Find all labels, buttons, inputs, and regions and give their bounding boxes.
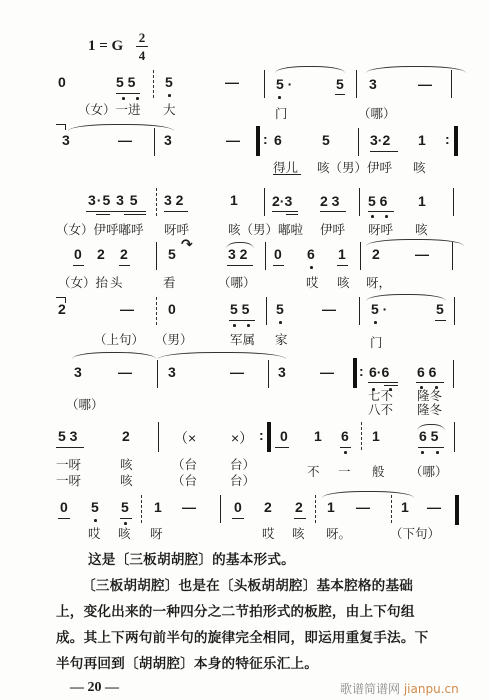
repeat-end-barline	[267, 422, 271, 452]
note: 2	[295, 499, 303, 515]
note: 6 6	[417, 364, 436, 380]
barline	[391, 495, 392, 523]
lyric: 门	[370, 333, 383, 351]
note: 3	[278, 364, 286, 380]
time-signature-numerator: 2	[136, 30, 148, 46]
low-dot	[371, 215, 374, 218]
note: 0	[274, 246, 282, 262]
lyric: （女）伊呼嘟呼	[56, 220, 144, 238]
note: —	[356, 499, 370, 515]
key-signature: 1 = G	[88, 38, 123, 55]
low-dot	[233, 324, 236, 327]
lyric: 哎	[262, 524, 275, 542]
repeat-colon: :	[445, 131, 450, 147]
lyric: （哪）	[358, 104, 396, 122]
low-dot	[374, 321, 377, 324]
note: —	[118, 364, 132, 380]
lyric: 伊呼	[320, 220, 345, 238]
barline	[359, 297, 360, 325]
lyric: （男）	[155, 330, 193, 348]
note: —	[322, 301, 336, 317]
note: 1	[230, 192, 238, 208]
note: 5	[336, 76, 344, 92]
underline	[96, 214, 110, 215]
tie	[275, 66, 345, 73]
final-barline	[455, 495, 459, 525]
note: —	[427, 499, 441, 515]
note: 6	[307, 246, 315, 262]
note: 5 5	[230, 301, 249, 317]
note: 6	[341, 428, 349, 444]
lyric: 般	[372, 462, 385, 480]
note: 1	[338, 246, 346, 262]
barline	[360, 242, 361, 270]
underline	[368, 382, 398, 383]
note: 3 2	[164, 192, 183, 208]
paragraph-line: 上，变化出来的一种四分之二节拍形式的板腔，由上下句组	[56, 600, 415, 620]
note: 1	[418, 132, 426, 148]
underline	[116, 93, 140, 94]
underline	[124, 214, 146, 215]
note: 1	[401, 499, 409, 515]
underline	[73, 265, 84, 266]
note: 2	[264, 499, 272, 515]
note: 3 2	[228, 246, 247, 262]
underline	[56, 447, 84, 448]
paragraph-line: 成。其上下两句前半句的旋律完全相同，即运用重复手法。下	[56, 626, 428, 646]
note: —	[320, 364, 334, 380]
low-dot	[168, 94, 171, 97]
note: 3·5 3 5	[88, 192, 139, 208]
note: 0	[280, 428, 288, 444]
lyric: 一	[338, 462, 351, 480]
tie	[322, 491, 414, 498]
note: —	[225, 74, 239, 90]
percussion-note: （×	[174, 428, 196, 448]
note: 5 ·	[371, 301, 387, 317]
note: 3	[62, 132, 70, 148]
barline	[359, 188, 360, 216]
barline	[266, 297, 267, 325]
note: 0	[60, 499, 68, 515]
underline	[294, 518, 306, 519]
watermark: 歌谱简谱网 jianpu.cn	[340, 680, 459, 697]
lyric: 咳	[292, 524, 305, 542]
paragraph-line: 〔三板胡胡腔〕也是在〔头板胡胡腔〕基本腔格的基础	[82, 574, 413, 594]
note: 3·2	[370, 132, 390, 148]
barline	[268, 360, 269, 388]
lyric: 门	[275, 104, 288, 122]
underline	[273, 265, 284, 266]
lyric: （哪）	[66, 395, 104, 413]
low-dot	[385, 215, 388, 218]
underline	[272, 211, 298, 212]
lyric: 咳（男）嘟啦	[228, 220, 303, 238]
lyric: 呀，	[366, 273, 391, 291]
low-dot	[247, 324, 250, 327]
note: 5	[91, 499, 99, 515]
lyric: 军属	[230, 330, 255, 348]
note: 5	[436, 301, 444, 317]
low-dot	[278, 96, 281, 99]
note: 5	[276, 301, 284, 317]
lyric: 呀呼	[368, 220, 393, 238]
note: 2·3	[272, 193, 292, 209]
barline	[315, 495, 316, 523]
lyric: 咳	[337, 273, 350, 291]
note: —	[226, 132, 240, 148]
lyric: （女）一进	[78, 100, 141, 118]
lyric: 咳	[415, 220, 428, 238]
barline	[453, 360, 454, 388]
lyric: 一呀	[56, 471, 81, 489]
note: 5	[322, 132, 330, 148]
lyric: 台）	[230, 471, 255, 489]
underline	[120, 518, 132, 519]
low-dot	[436, 451, 439, 454]
note: 3	[74, 364, 82, 380]
note: 1	[154, 499, 162, 515]
lyric-underline	[273, 174, 301, 175]
low-dot	[279, 321, 282, 324]
page-number: — 20 —	[70, 680, 119, 696]
note: 6	[274, 132, 282, 148]
underline	[368, 211, 394, 212]
note: —	[230, 364, 244, 380]
time-signature-denominator: 4	[136, 48, 148, 64]
underline	[418, 447, 444, 448]
underline	[275, 447, 289, 448]
barline	[452, 242, 453, 270]
tie	[366, 239, 464, 246]
note: 0	[74, 246, 82, 262]
note: 6 5	[419, 428, 438, 444]
underline	[370, 151, 398, 152]
barline	[265, 242, 266, 270]
note: 1	[418, 193, 426, 209]
barline	[356, 70, 357, 98]
note: 3	[168, 364, 176, 380]
lyric: （上句）	[94, 330, 144, 348]
watermark-en: jianpu.cn	[404, 682, 459, 696]
underline	[164, 211, 188, 212]
lyric: 咳（男）伊呼	[317, 158, 392, 176]
lyric: 头	[110, 273, 123, 291]
repeat-colon: :	[263, 131, 268, 147]
tie-continuation	[65, 124, 66, 130]
tie	[68, 124, 174, 131]
underline	[227, 265, 253, 266]
barline	[451, 70, 452, 98]
repeat-colon: :	[259, 427, 264, 443]
barline	[156, 242, 157, 270]
low-dot	[310, 266, 313, 269]
lyric: 咳	[120, 471, 133, 489]
tie	[366, 294, 446, 301]
note: 5 5	[116, 74, 135, 90]
note: 3	[369, 76, 377, 92]
lyric: （下句）	[390, 524, 440, 542]
glide-arrow-icon: ↷	[181, 237, 193, 253]
paragraph-line: 半句再回到〔胡胡腔〕本身的特征乐汇上。	[56, 652, 318, 672]
lyric: 咳	[118, 524, 131, 542]
note: 6·6	[369, 364, 389, 380]
barline	[453, 188, 454, 216]
underline	[337, 265, 348, 266]
lyric: 哎	[306, 273, 319, 291]
barline	[454, 422, 455, 452]
lyric: 看	[163, 273, 176, 291]
underline	[320, 211, 346, 212]
repeat-colon: :	[359, 363, 364, 379]
lyric: 哎	[88, 524, 101, 542]
percussion-note: ×）	[231, 428, 253, 448]
lyric: 不	[307, 462, 320, 480]
lyric: 呀呼	[164, 220, 189, 238]
lyric: （女）抬	[58, 273, 108, 291]
underline	[416, 382, 444, 383]
note: 5	[121, 499, 129, 515]
lyric: 大	[163, 100, 176, 118]
note: 5 3	[58, 428, 77, 444]
barline	[358, 128, 359, 156]
underline	[340, 447, 351, 448]
underline	[58, 518, 70, 519]
barline	[264, 188, 265, 216]
tie	[72, 352, 156, 359]
underline	[229, 320, 255, 321]
note: 0	[234, 499, 242, 515]
low-dot	[344, 451, 347, 454]
note: 2	[97, 246, 105, 262]
lyric: 呀。	[326, 524, 351, 542]
lyric: （哪）	[218, 273, 256, 291]
repeat-start-barline	[353, 358, 357, 388]
note: 1	[327, 499, 335, 515]
barline	[141, 495, 142, 523]
note: —	[182, 499, 196, 515]
lyric: （台	[172, 471, 197, 489]
note: 1	[372, 428, 380, 444]
note: 5	[168, 246, 176, 262]
barline	[156, 188, 157, 216]
underline	[86, 211, 146, 212]
low-dot	[421, 451, 424, 454]
note: 2	[120, 246, 128, 262]
underline	[232, 518, 244, 519]
repeat-end-barline	[454, 126, 458, 156]
paragraph-line: 这是〔三板胡胡腔〕的基本形式。	[88, 548, 295, 568]
watermark-cn: 歌谱简谱网	[340, 682, 400, 696]
barline	[156, 297, 157, 325]
tie	[158, 352, 286, 359]
note: 3	[164, 132, 172, 148]
repeat-start-barline	[256, 126, 260, 156]
note: 1	[314, 428, 322, 444]
barline	[158, 422, 159, 452]
note: —	[418, 76, 432, 92]
lyric: 咳	[413, 158, 426, 176]
note: 2 3	[320, 193, 339, 209]
note: 0	[168, 301, 176, 317]
barline	[157, 360, 158, 388]
note: —	[415, 246, 429, 262]
note: —	[118, 132, 132, 148]
note: 0	[58, 74, 66, 90]
barline	[361, 422, 362, 452]
lyric: （哪）	[410, 462, 448, 480]
note: 2	[58, 301, 66, 317]
lyric: 八不	[368, 400, 393, 418]
underline	[335, 94, 345, 95]
underline	[119, 265, 130, 266]
note: 5	[165, 74, 173, 90]
low-dot	[94, 519, 97, 522]
lyric: 家	[275, 330, 288, 348]
note: 2	[372, 246, 380, 262]
underline	[286, 214, 298, 215]
barline	[153, 70, 154, 98]
barline	[220, 495, 221, 523]
note: 5 6	[368, 193, 387, 209]
barline	[264, 70, 265, 98]
note: 2	[122, 428, 130, 444]
lyric: 呀	[150, 524, 163, 542]
note: —	[120, 301, 134, 317]
barline	[454, 297, 455, 325]
lyric: 隆冬	[417, 400, 442, 418]
underline	[435, 320, 446, 321]
barline	[154, 128, 155, 156]
note: 5 ·	[276, 76, 292, 92]
